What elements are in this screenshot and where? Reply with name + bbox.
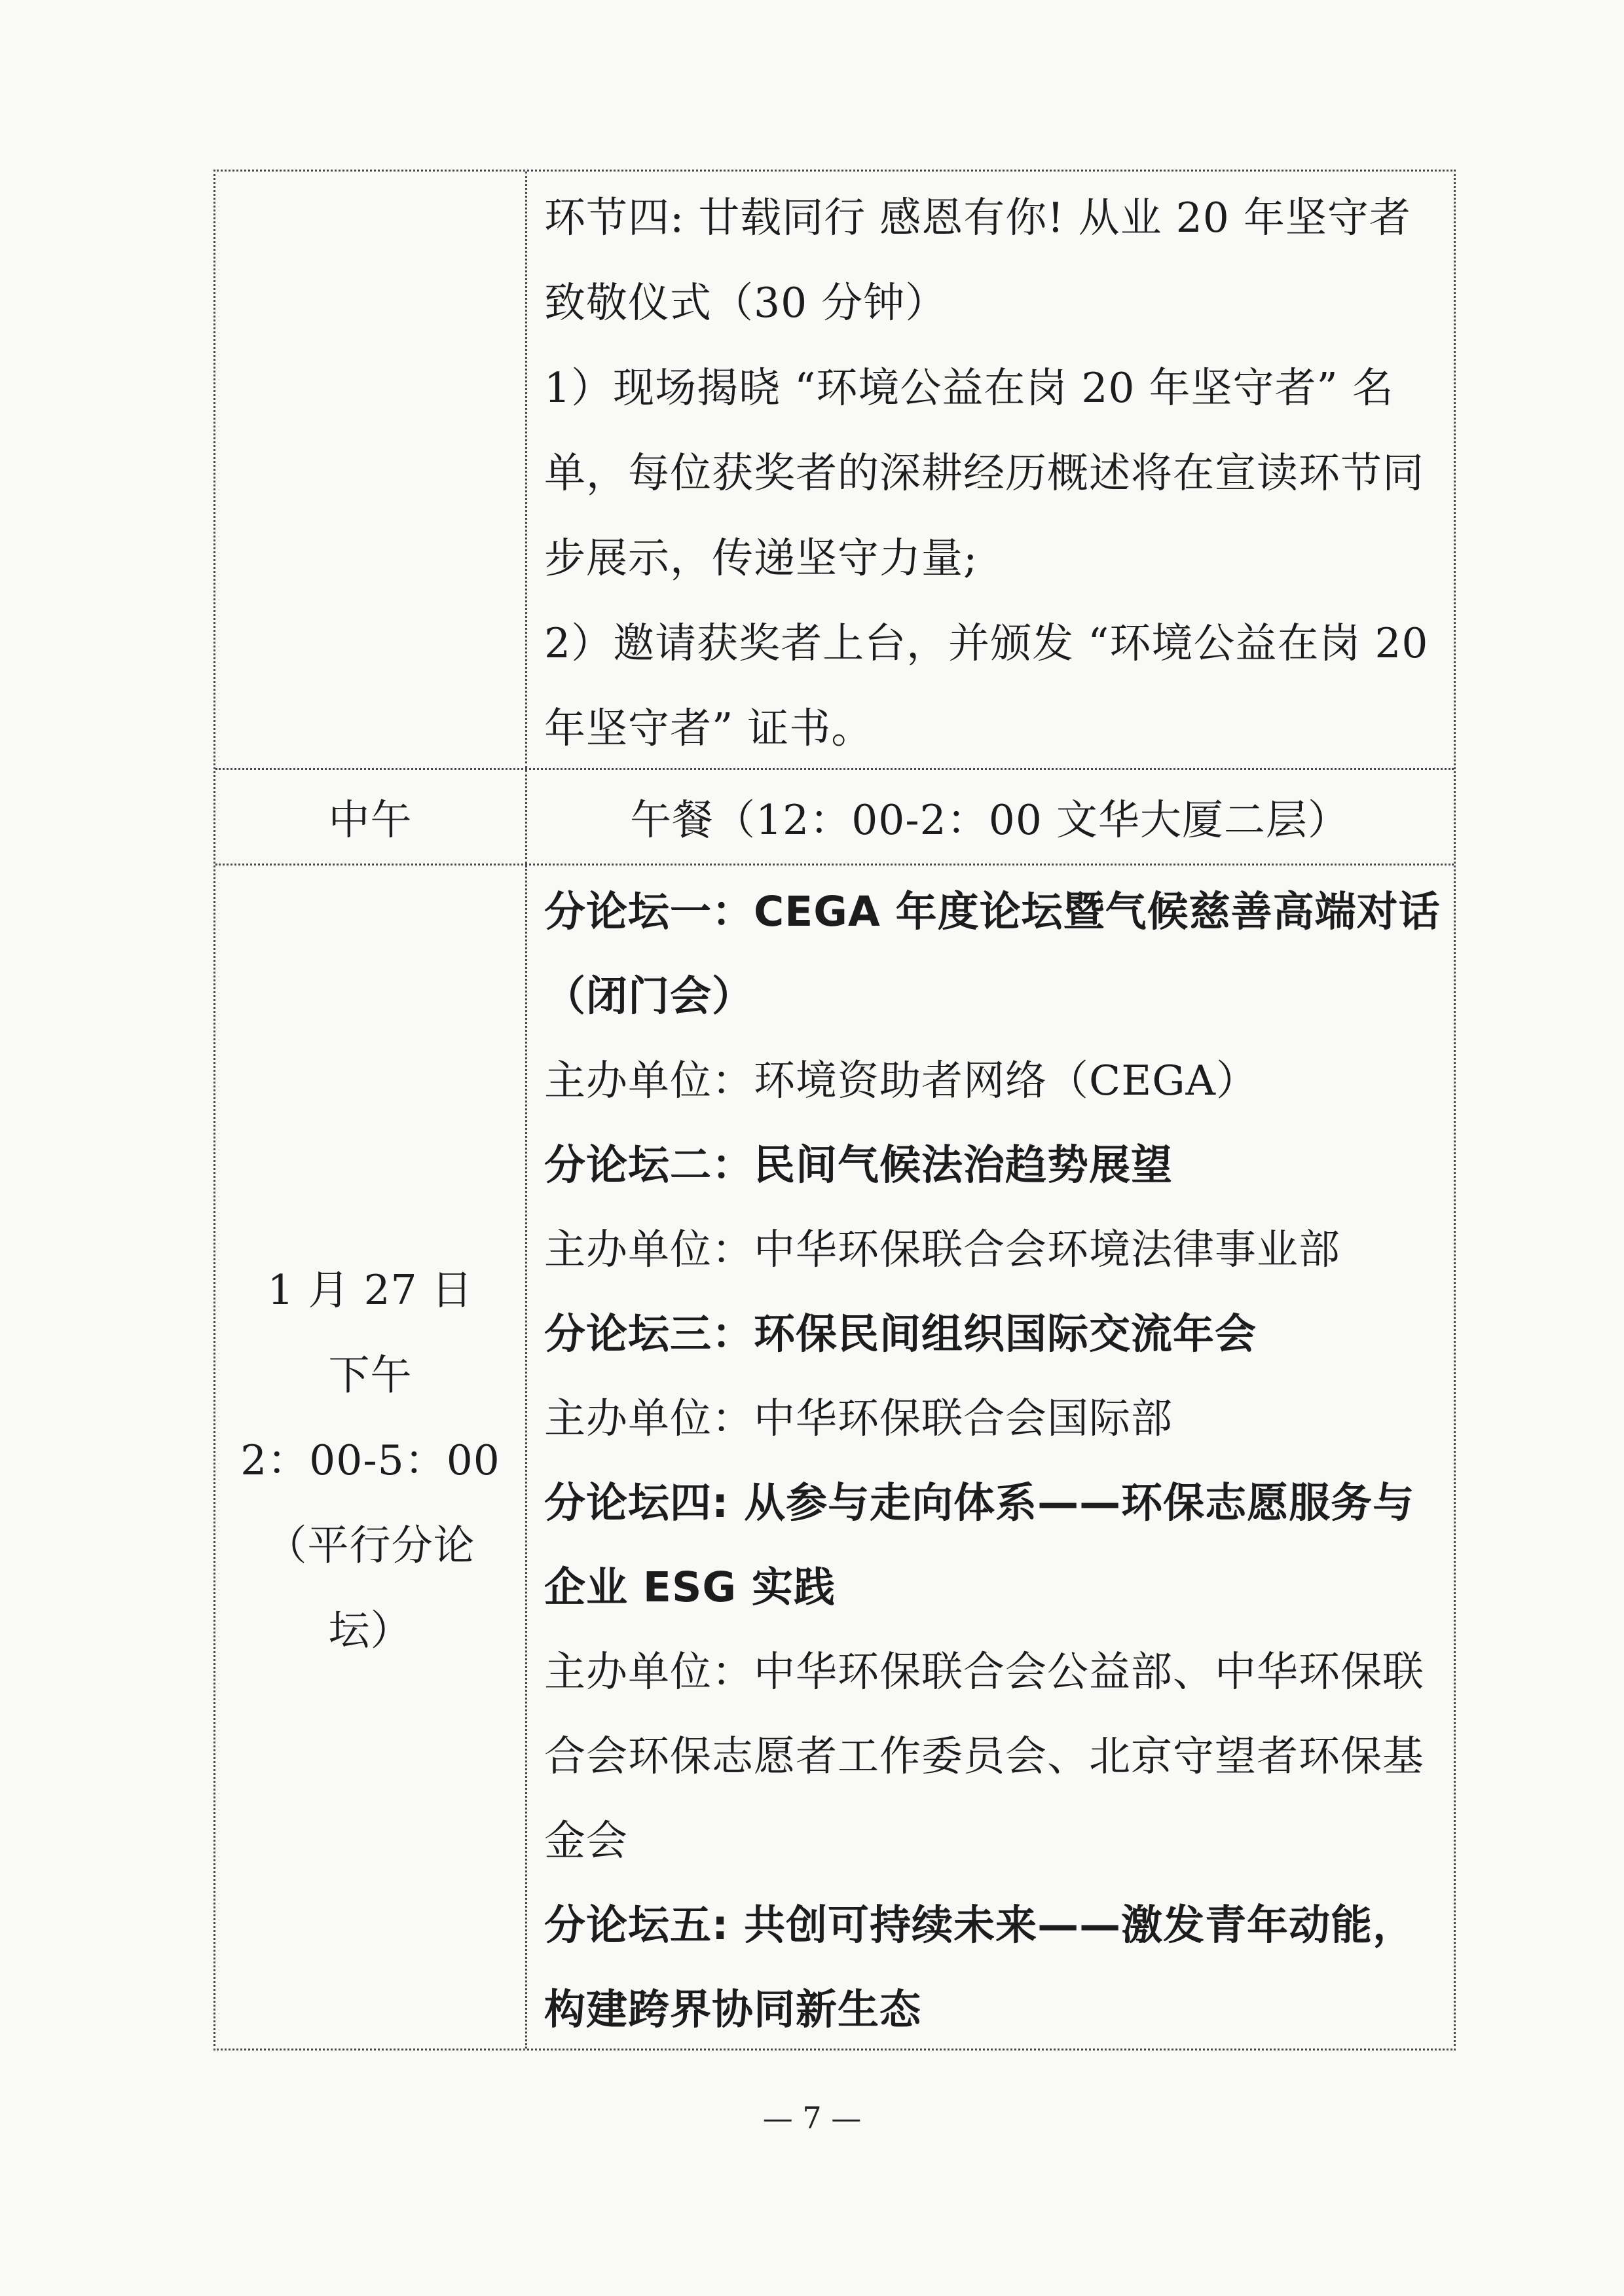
time-label: 2：00-5：00: [240, 1415, 500, 1500]
organizer-line: 主办单位：中华环保联合会环境法律事业部: [544, 1204, 1435, 1288]
forum-title-line: （闭门会）: [544, 951, 1435, 1035]
agenda-line: 1）现场揭晓 “环境公益在岗 20 年坚守者” 名: [544, 342, 1435, 428]
time-cell-noon: 中午: [215, 770, 527, 864]
forum-title-line: 分论坛一：CEGA 年度论坛暨气候慈善高端对话: [544, 866, 1435, 951]
content-cell-lunch: 午餐（12：00-2：00 文华大厦二层）: [527, 770, 1454, 864]
scanned-agenda-page: 环节四: 廿载同行 感恩有你! 从业 20 年坚守者 致敬仪式（30 分钟） 1…: [0, 0, 1624, 2296]
forum-title-line: 企业 ESG 实践: [544, 1542, 1435, 1626]
time-label: （平行分论: [266, 1500, 475, 1585]
time-label: 坛）: [329, 1585, 413, 1670]
content-cell-forums: 分论坛一：CEGA 年度论坛暨气候慈善高端对话 （闭门会） 主办单位：环境资助者…: [527, 866, 1454, 2049]
forum-title-line: 分论坛五: 共创可持续未来——激发青年动能，: [544, 1880, 1435, 1964]
organizer-line: 合会环保志愿者工作委员会、北京守望者环保基: [544, 1711, 1435, 1795]
table-row-lunch: 中午 午餐（12：00-2：00 文华大厦二层）: [215, 768, 1454, 864]
time-label: 下午: [329, 1330, 413, 1415]
organizer-line: 主办单位：环境资助者网络（CEGA）: [544, 1035, 1435, 1120]
time-label: 中午: [329, 774, 413, 860]
forum-title-line: 构建跨界协同新生态: [544, 1964, 1435, 2049]
agenda-line: 环节四: 廿载同行 感恩有你! 从业 20 年坚守者: [544, 172, 1435, 257]
content-cell-ceremony: 环节四: 廿载同行 感恩有你! 从业 20 年坚守者 致敬仪式（30 分钟） 1…: [527, 172, 1454, 768]
time-cell-afternoon: 1 月 27 日 下午 2：00-5：00 （平行分论 坛）: [215, 866, 527, 2049]
time-label: 1 月 27 日: [267, 1245, 473, 1330]
organizer-line: 主办单位：中华环保联合会国际部: [544, 1373, 1435, 1457]
agenda-table: 环节四: 廿载同行 感恩有你! 从业 20 年坚守者 致敬仪式（30 分钟） 1…: [213, 170, 1456, 2050]
table-row-ceremony: 环节四: 廿载同行 感恩有你! 从业 20 年坚守者 致敬仪式（30 分钟） 1…: [215, 172, 1454, 768]
forum-title-line: 分论坛三：环保民间组织国际交流年会: [544, 1288, 1435, 1373]
agenda-line: 致敬仪式（30 分钟）: [544, 257, 1435, 342]
forum-title-line: 分论坛二：民间气候法治趋势展望: [544, 1120, 1435, 1204]
forum-title-line: 分论坛四: 从参与走向体系——环保志愿服务与: [544, 1457, 1435, 1542]
agenda-line: 步展示，传递坚守力量;: [544, 513, 1435, 598]
page-number: — 7 —: [0, 2100, 1624, 2136]
agenda-line: 2）邀请获奖者上台，并颁发 “环境公益在岗 20: [544, 598, 1435, 683]
organizer-line: 主办单位：中华环保联合会公益部、中华环保联: [544, 1626, 1435, 1711]
agenda-line: 午餐（12：00-2：00 文华大厦二层）: [544, 774, 1435, 860]
table-row-afternoon: 1 月 27 日 下午 2：00-5：00 （平行分论 坛） 分论坛一：CEGA…: [215, 864, 1454, 2049]
organizer-line: 金会: [544, 1795, 1435, 1880]
time-cell-empty: [215, 172, 527, 768]
agenda-line: 单，每位获奖者的深耕经历概述将在宣读环节同: [544, 428, 1435, 513]
agenda-line: 年坚守者” 证书。: [544, 683, 1435, 768]
